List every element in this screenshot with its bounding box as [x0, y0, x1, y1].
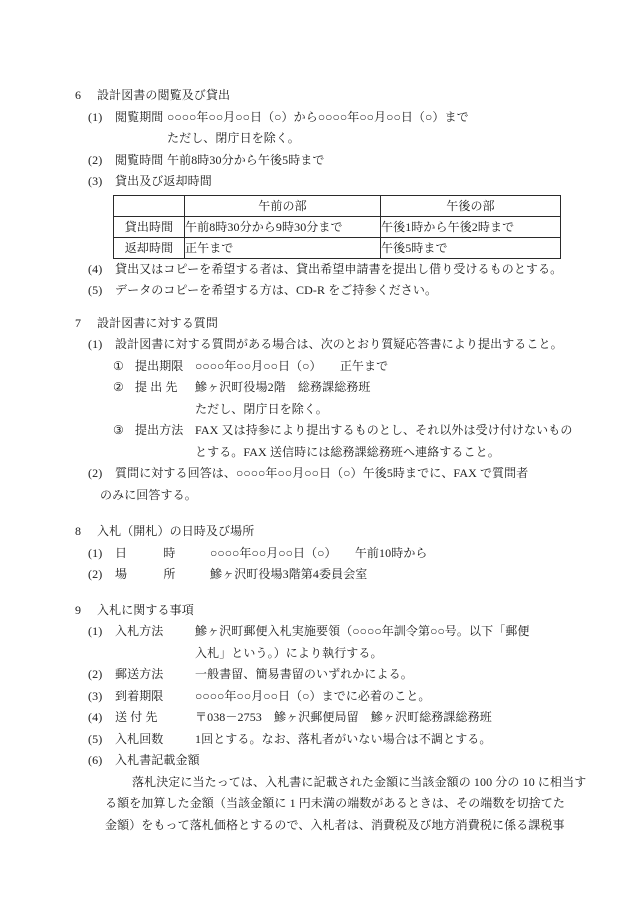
bid-place-value: 鰺ヶ沢町役場3階第4委員会室 [210, 564, 630, 586]
viewing-hours-label: 閲覧時間 [115, 150, 167, 172]
viewing-hours-value: 午前8時30分から午後5時まで [167, 150, 630, 172]
bid-amount-heading: 入札書記載金額 [115, 750, 630, 772]
item-number: (5) [88, 280, 115, 302]
data-copy-note: データのコピーを希望する方は、CD-R をご持参ください。 [115, 280, 630, 302]
item-number: (1) [88, 334, 115, 356]
data-copy-note-row: (5) データのコピーを希望する方は、CD-R をご持参ください。 [0, 280, 630, 302]
bid-amount-paragraph-line1: 落札決定に当たっては、入札書に記載された金額に当該金額の 100 分の 10 に… [0, 772, 630, 794]
section-9-title: 入札に関する事項 [97, 603, 194, 617]
submission-deadline-label: 提出期限 [135, 356, 195, 378]
section-6-heading: 6設計図書の閲覧及び貸出 [0, 85, 630, 107]
bid-place-row: (2) 場 所 鰺ヶ沢町役場3階第4委員会室 [0, 564, 630, 586]
return-time-afternoon: 午後5時まで [381, 237, 561, 258]
arrival-deadline-label: 到着期限 [115, 686, 195, 708]
submission-place-value: 鰺ヶ沢町役場2階 総務課総務班 [195, 377, 630, 399]
answer-row: (2) 質問に対する回答は、○○○○年○○月○○日（○）午後5時までに、FAX … [0, 463, 630, 485]
bid-amount-heading-row: (6) 入札書記載金額 [0, 750, 630, 772]
bid-method-label: 入札方法 [115, 621, 195, 643]
empty-header-cell [114, 195, 185, 216]
section-bid-matters: 9入札に関する事項 (1) 入札方法 鰺ヶ沢町郵便入札実施要領（○○○○年訓令第… [0, 600, 630, 837]
section-8-title: 入札（開札）の日時及び場所 [97, 524, 254, 538]
bid-method-value-line1: 鰺ヶ沢町郵便入札実施要領（○○○○年訓令第○○号。以下「郵便 [195, 621, 630, 643]
submission-place-row: ② 提 出 先 鰺ヶ沢町役場2階 総務課総務班 [0, 377, 630, 399]
submission-deadline-row: ① 提出期限 ○○○○年○○月○○日（○） 正午まで [0, 356, 630, 378]
circled-number-1: ① [113, 356, 135, 378]
viewing-period-value: ○○○○年○○月○○日（○）から○○○○年○○月○○日（○）まで [167, 107, 630, 129]
bid-place-label: 場 所 [115, 564, 210, 586]
section-design-docs-lending: 6設計図書の閲覧及び貸出 (1) 閲覧期間 ○○○○年○○月○○日（○）から○○… [0, 85, 630, 302]
item-number: (1) [88, 543, 115, 565]
viewing-hours-row: (2) 閲覧時間 午前8時30分から午後5時まで [0, 150, 630, 172]
lending-time-afternoon: 午後1時から午後2時まで [381, 216, 561, 237]
item-number: (6) [88, 750, 115, 772]
loan-application-note-row: (4) 貸出又はコピーを希望する者は、貸出希望申請書を提出し借り受けるものとする… [0, 259, 630, 281]
table-row: 返却時間 正午まで 午後5時まで [114, 237, 561, 258]
document-page: 6設計図書の閲覧及び貸出 (1) 閲覧期間 ○○○○年○○月○○日（○）から○○… [0, 0, 630, 903]
section-design-docs-questions: 7設計図書に対する質問 (1) 設計図書に対する質問がある場合は、次のとおり質疑… [0, 313, 630, 507]
question-intro-text: 設計図書に対する質問がある場合は、次のとおり質疑応答書により提出すること。 [115, 334, 630, 356]
mailing-method-label: 郵送方法 [115, 664, 195, 686]
submission-deadline-value: ○○○○年○○月○○日（○） 正午まで [195, 356, 630, 378]
lending-return-row: (3) 貸出及び返却時間 [0, 171, 630, 193]
bid-amount-paragraph-line3: 金額）をもって落札価格とするので、入札者は、消費税及び地方消費税に係る課税事 [0, 815, 630, 837]
section-9-heading: 9入札に関する事項 [0, 600, 630, 622]
lending-return-table: 午前の部 午後の部 貸出時間 午前8時30分から9時30分まで 午後1時から午後… [113, 195, 561, 259]
section-7-heading: 7設計図書に対する質問 [0, 313, 630, 335]
mailing-address-row: (4) 送 付 先 〒038－2753 鰺ヶ沢郵便局留 鰺ヶ沢町総務課総務班 [0, 707, 630, 729]
mailing-address-value: 〒038－2753 鰺ヶ沢郵便局留 鰺ヶ沢町総務課総務班 [195, 707, 630, 729]
item-number: (2) [88, 150, 115, 172]
item-number: (3) [88, 686, 115, 708]
circled-number-3: ③ [113, 420, 135, 442]
submission-place-note: ただし、閉庁日を除く。 [0, 399, 630, 421]
morning-part-header: 午前の部 [185, 195, 381, 216]
lending-time-label: 貸出時間 [114, 216, 185, 237]
afternoon-part-header: 午後の部 [381, 195, 561, 216]
bid-method-value-line2: 入札」という。）により執行する。 [0, 643, 630, 665]
loan-application-note: 貸出又はコピーを希望する者は、貸出希望申請書を提出し借り受けるものとする。 [115, 259, 630, 281]
submission-method-value-line2: とする。FAX 送信時には総務課総務班へ連絡すること。 [0, 442, 630, 464]
mailing-method-value: 一般書留、簡易書留のいずれかによる。 [195, 664, 630, 686]
arrival-deadline-value: ○○○○年○○月○○日（○）までに必着のこと。 [195, 686, 630, 708]
submission-method-row: ③ 提出方法 FAX 又は持参により提出するものとし、それ以外は受け付けないもの [0, 420, 630, 442]
bid-method-row: (1) 入札方法 鰺ヶ沢町郵便入札実施要領（○○○○年訓令第○○号。以下「郵便 [0, 621, 630, 643]
mailing-method-row: (2) 郵送方法 一般書留、簡易書留のいずれかによる。 [0, 664, 630, 686]
section-7-title: 設計図書に対する質問 [97, 316, 218, 330]
viewing-period-label: 閲覧期間 [115, 107, 167, 129]
submission-place-label: 提 出 先 [135, 377, 195, 399]
bid-datetime-value: ○○○○年○○月○○日（○） 午前10時から [210, 543, 630, 565]
item-number: (2) [88, 463, 115, 485]
bid-count-value: 1回とする。なお、落札者がいない場合は不調とする。 [195, 729, 630, 751]
item-number: (2) [88, 564, 115, 586]
bid-amount-paragraph-line2: る額を加算した金額（当該金額に 1 円未満の端数があるときは、その端数を切捨てた [0, 793, 630, 815]
circled-number-2: ② [113, 377, 135, 399]
item-number: (5) [88, 729, 115, 751]
question-intro-row: (1) 設計図書に対する質問がある場合は、次のとおり質疑応答書により提出すること… [0, 334, 630, 356]
bid-datetime-row: (1) 日 時 ○○○○年○○月○○日（○） 午前10時から [0, 543, 630, 565]
mailing-address-label: 送 付 先 [115, 707, 195, 729]
item-number: (1) [88, 621, 115, 643]
item-number: (3) [88, 171, 115, 193]
item-number: (2) [88, 664, 115, 686]
viewing-period-note: ただし、閉庁日を除く。 [0, 128, 630, 150]
section-8-heading: 8入札（開札）の日時及び場所 [0, 521, 630, 543]
bid-count-label: 入札回数 [115, 729, 195, 751]
answer-text-line2: のみに回答する。 [0, 485, 630, 507]
arrival-deadline-row: (3) 到着期限 ○○○○年○○月○○日（○）までに必着のこと。 [0, 686, 630, 708]
lending-return-label: 貸出及び返却時間 [115, 171, 630, 193]
section-7-number: 7 [75, 313, 97, 335]
item-number: (4) [88, 259, 115, 281]
table-row: 貸出時間 午前8時30分から9時30分まで 午後1時から午後2時まで [114, 216, 561, 237]
return-time-morning: 正午まで [185, 237, 381, 258]
item-number: (4) [88, 707, 115, 729]
section-bid-opening-datetime-place: 8入札（開札）の日時及び場所 (1) 日 時 ○○○○年○○月○○日（○） 午前… [0, 521, 630, 586]
section-6-title: 設計図書の閲覧及び貸出 [97, 88, 230, 102]
lending-time-morning: 午前8時30分から9時30分まで [185, 216, 381, 237]
bid-count-row: (5) 入札回数 1回とする。なお、落札者がいない場合は不調とする。 [0, 729, 630, 751]
item-number: (1) [88, 107, 115, 129]
viewing-period-row: (1) 閲覧期間 ○○○○年○○月○○日（○）から○○○○年○○月○○日（○）ま… [0, 107, 630, 129]
table-header-row: 午前の部 午後の部 [114, 195, 561, 216]
section-6-number: 6 [75, 85, 97, 107]
return-time-label: 返却時間 [114, 237, 185, 258]
section-8-number: 8 [75, 521, 97, 543]
answer-text-line1: 質問に対する回答は、○○○○年○○月○○日（○）午後5時までに、FAX で質問者 [115, 463, 630, 485]
submission-method-value-line1: FAX 又は持参により提出するものとし、それ以外は受け付けないもの [195, 420, 630, 442]
bid-datetime-label: 日 時 [115, 543, 210, 565]
submission-method-label: 提出方法 [135, 420, 195, 442]
section-9-number: 9 [75, 600, 97, 622]
